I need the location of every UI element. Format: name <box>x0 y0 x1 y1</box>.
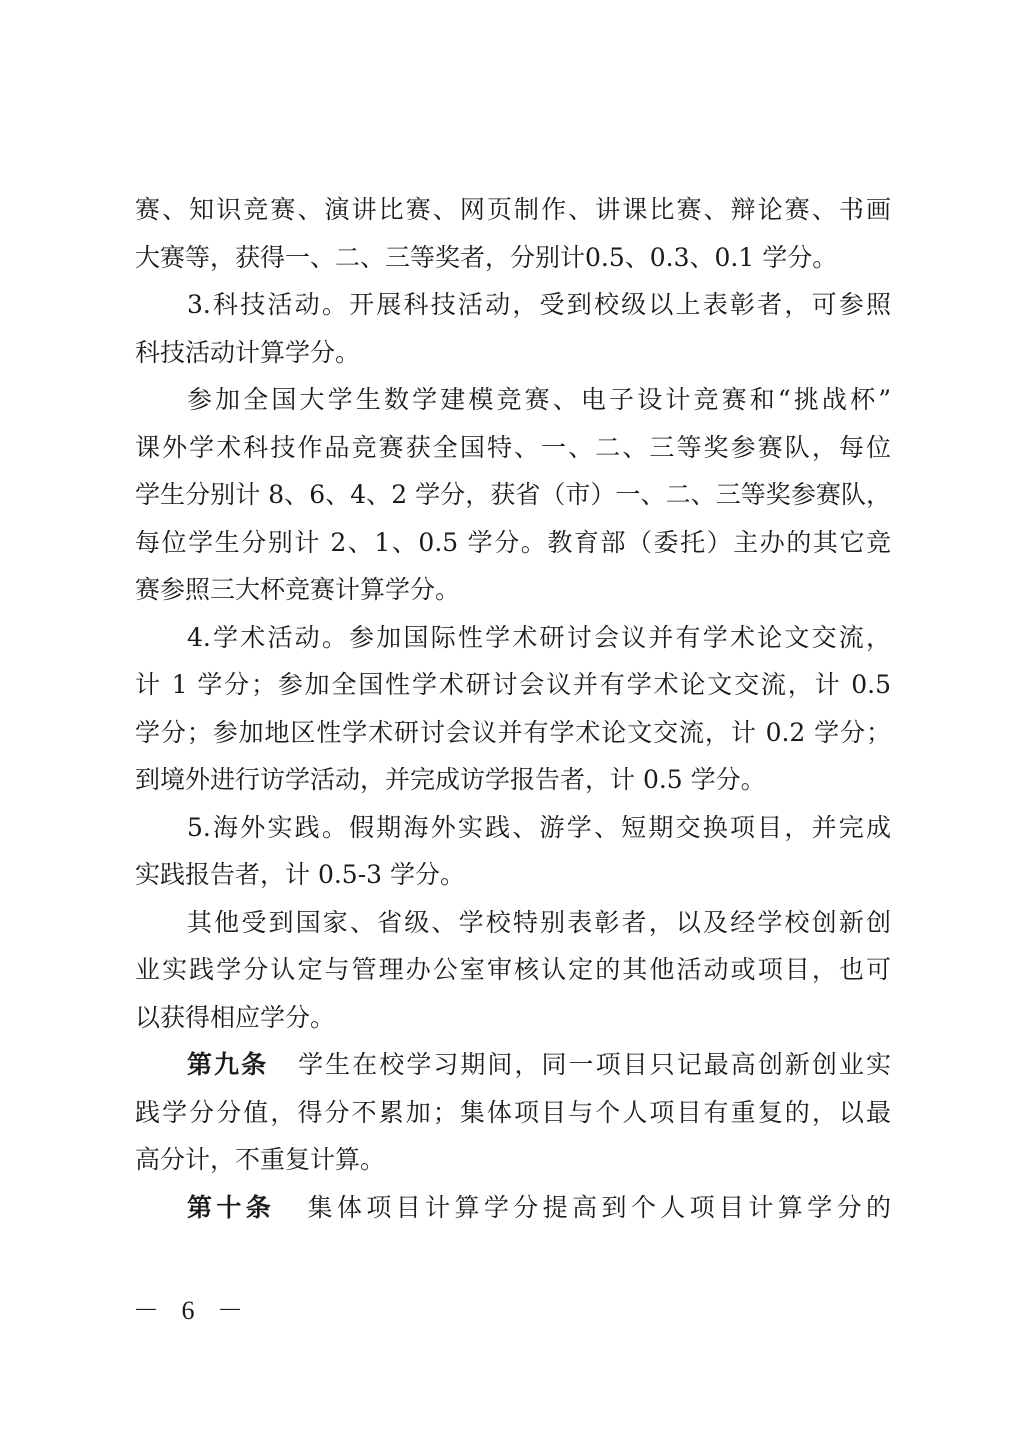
text-line: 到境外进行访学活动，并完成访学报告者，计 0.5 学分。 <box>135 756 891 804</box>
text-line: 赛、知识竞赛、演讲比赛、网页制作、讲课比赛、辩论赛、书画 <box>135 186 891 234</box>
body-paragraphs: 赛、知识竞赛、演讲比赛、网页制作、讲课比赛、辩论赛、书画大赛等，获得一、二、三等… <box>135 186 891 1041</box>
text-line: 科技活动计算学分。 <box>135 329 891 377</box>
text-line: 以获得相应学分。 <box>135 994 891 1042</box>
article-9-line-3: 高分计，不重复计算。 <box>135 1136 891 1184</box>
article-10-line-1: 第十条集体项目计算学分提高到个人项目计算学分的 <box>135 1184 891 1232</box>
document-page: 赛、知识竞赛、演讲比赛、网页制作、讲课比赛、辩论赛、书画大赛等，获得一、二、三等… <box>135 186 891 1231</box>
article-9-line-2: 践学分分值，得分不累加；集体项目与个人项目有重复的，以最 <box>135 1089 891 1137</box>
text-line: 每位学生分别计 2、1、0.5 学分。教育部（委托）主办的其它竞 <box>135 519 891 567</box>
text-line: 4.学术活动。参加国际性学术研讨会议并有学术论文交流， <box>135 614 891 662</box>
text-line: 其他受到国家、省级、学校特别表彰者，以及经学校创新创 <box>135 899 891 947</box>
article-9-line-1: 第九条学生在校学习期间，同一项目只记最高创新创业实 <box>135 1041 891 1089</box>
text-line: 参加全国大学生数学建模竞赛、电子设计竞赛和“挑战杯” <box>135 376 891 424</box>
text-line: 计 1 学分；参加全国性学术研讨会议并有学术论文交流，计 0.5 <box>135 661 891 709</box>
page-number: － 6 － <box>133 1290 251 1327</box>
text-line: 实践报告者，计 0.5-3 学分。 <box>135 851 891 899</box>
article-10-heading: 第十条 <box>187 1193 275 1222</box>
article-9-heading: 第九条 <box>187 1050 268 1079</box>
text-line: 学生分别计 8、6、4、2 学分，获省（市）一、二、三等奖参赛队， <box>135 471 891 519</box>
text-line: 5.海外实践。假期海外实践、游学、短期交换项目，并完成 <box>135 804 891 852</box>
text-line: 业实践学分认定与管理办公室审核认定的其他活动或项目，也可 <box>135 946 891 994</box>
text-line: 3.科技活动。开展科技活动，受到校级以上表彰者，可参照 <box>135 281 891 329</box>
text-line: 赛参照三大杯竞赛计算学分。 <box>135 566 891 614</box>
text-line: 课外学术科技作品竞赛获全国特、一、二、三等奖参赛队，每位 <box>135 424 891 472</box>
text-line: 大赛等，获得一、二、三等奖者，分别计0.5、0.3、0.1 学分。 <box>135 234 891 282</box>
text-line: 学分；参加地区性学术研讨会议并有学术论文交流，计 0.2 学分； <box>135 709 891 757</box>
